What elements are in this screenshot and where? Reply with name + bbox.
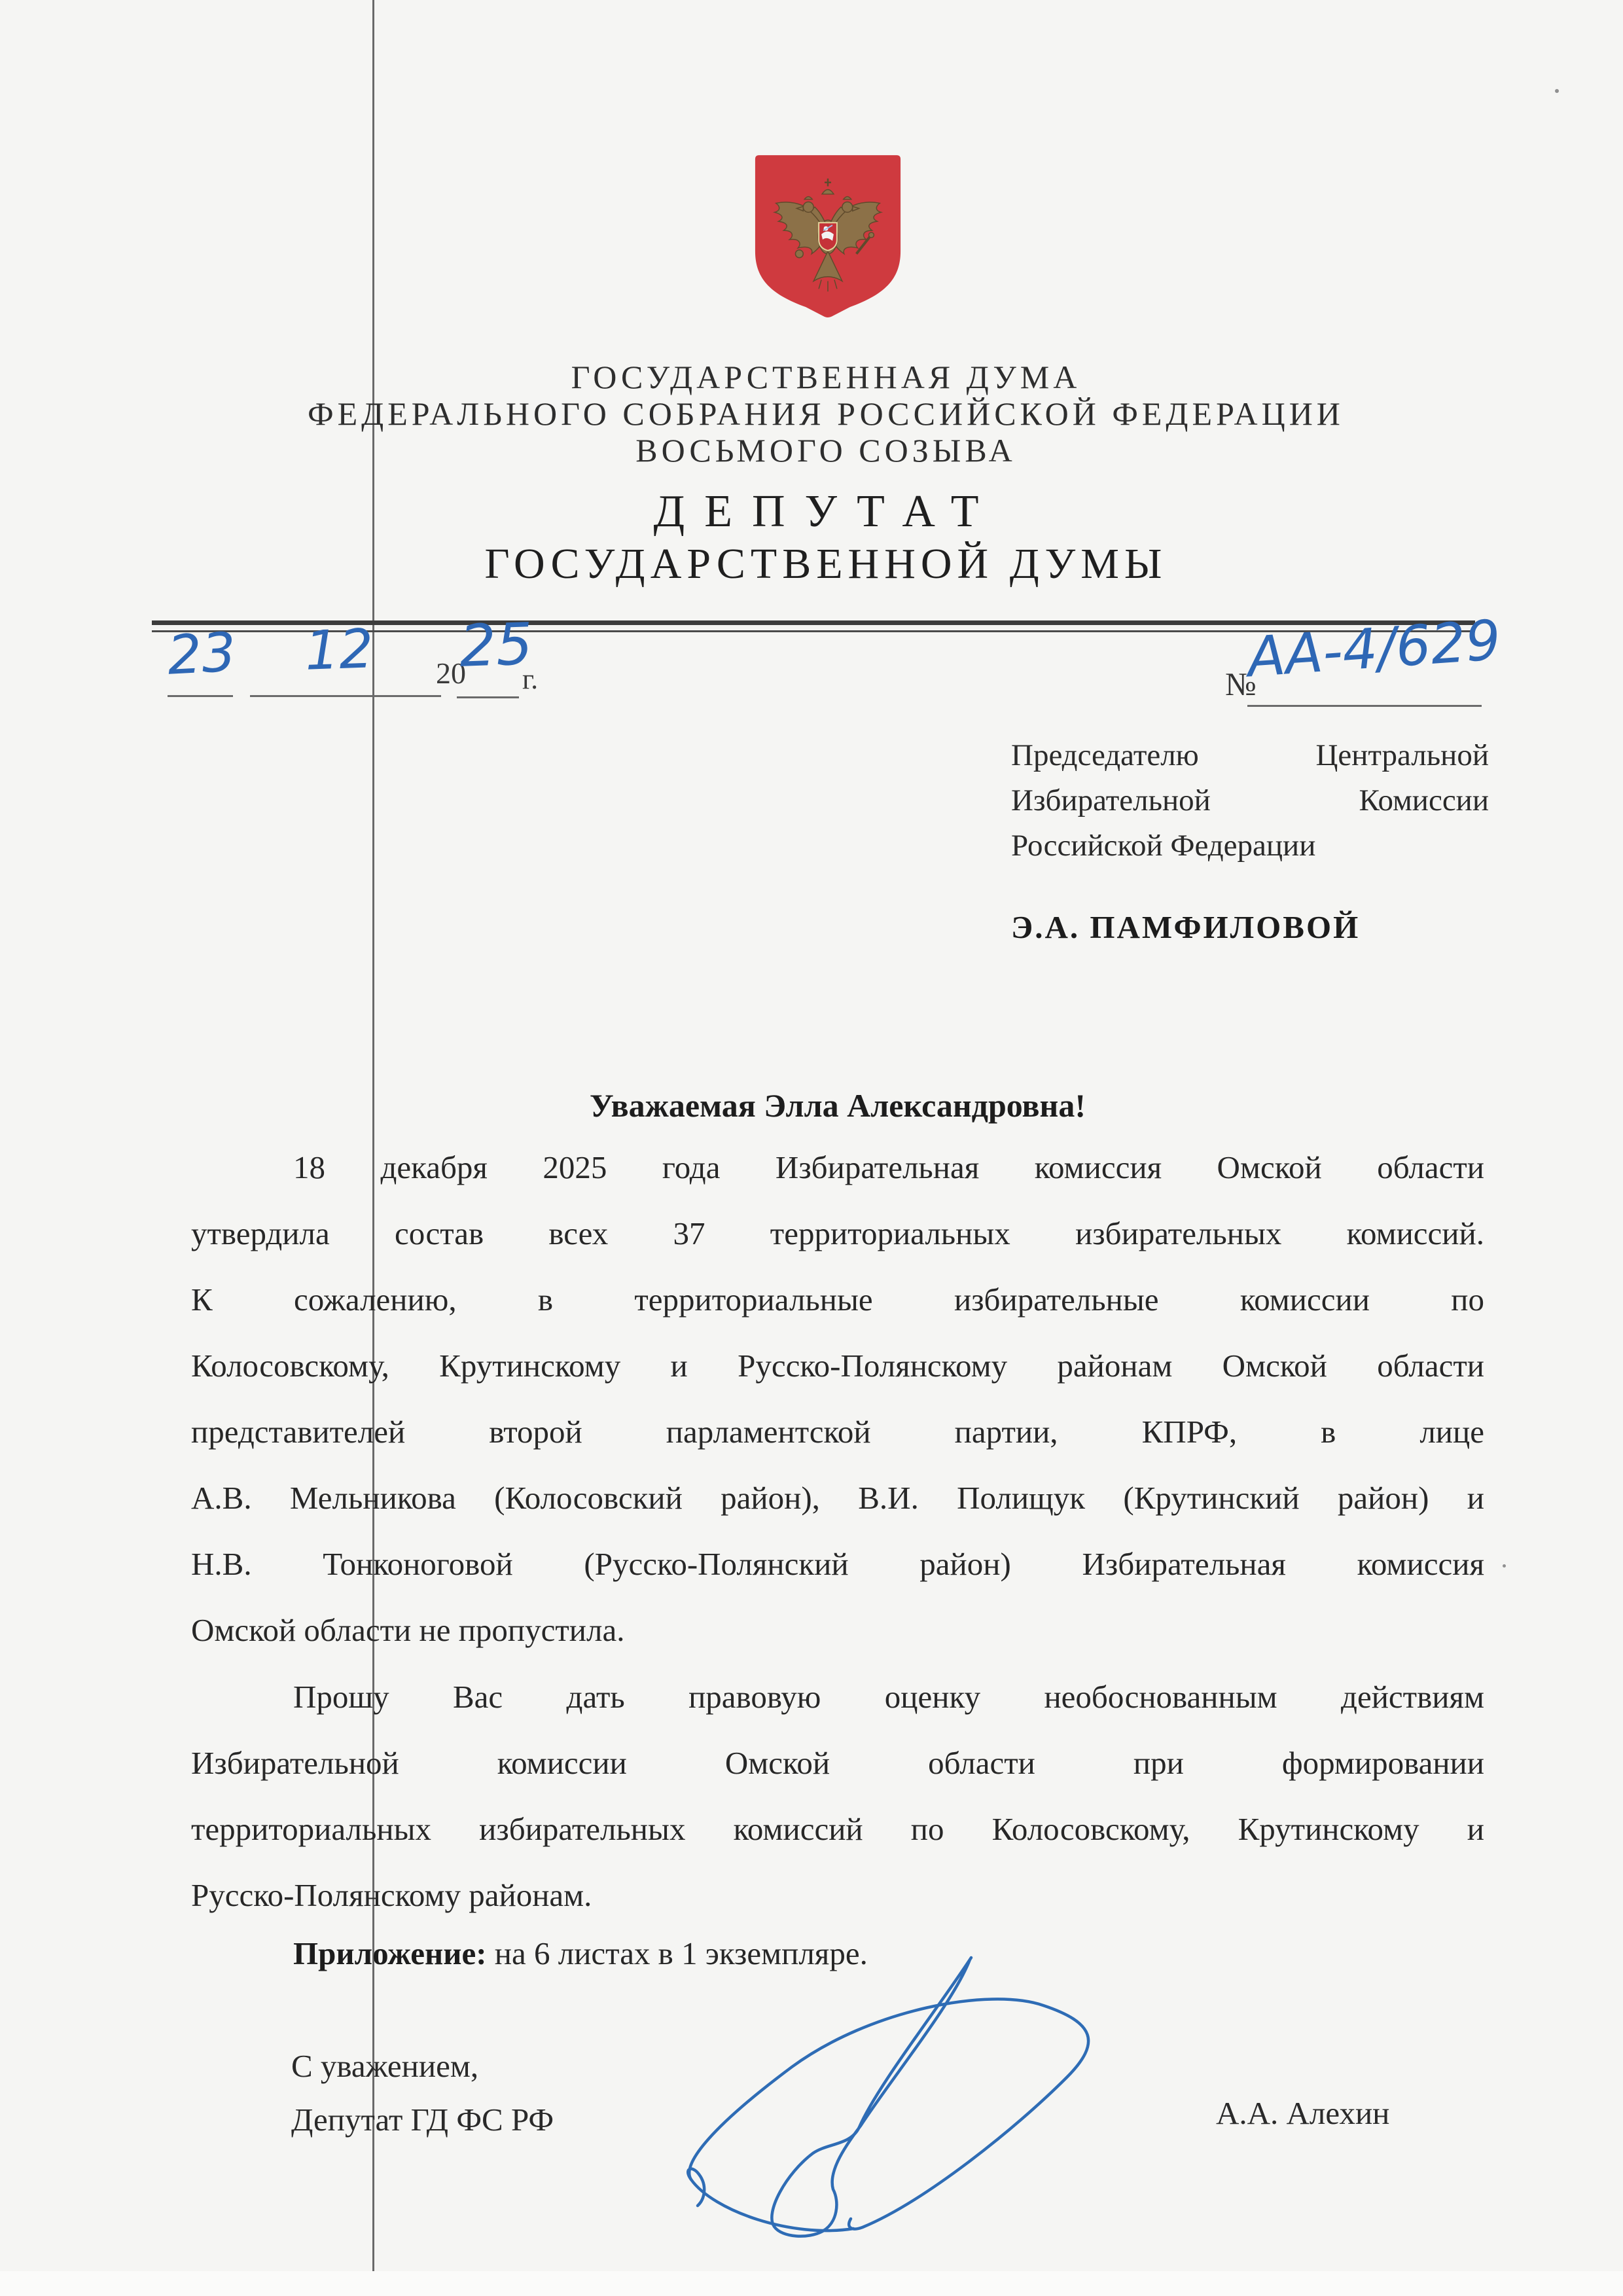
body-line: представителей второй парламентской парт… bbox=[191, 1399, 1484, 1465]
body-line: Прошу Вас дать правовую оценку необоснов… bbox=[191, 1664, 1484, 1730]
body-line: 18 декабря 2025 года Избирательная комис… bbox=[191, 1134, 1484, 1200]
org-line-1: ГОСУДАРСТВЕННАЯ ДУМА bbox=[191, 359, 1461, 395]
deputy-subtitle: ГОСУДАРСТВЕННОЙ ДУМЫ bbox=[191, 539, 1461, 589]
recipient-line: Избирательной Комиссии bbox=[1011, 778, 1489, 823]
handwritten-month: 12 bbox=[304, 618, 374, 683]
russia-coat-of-arms-icon bbox=[750, 152, 906, 325]
recipient-name: Э.А. ПАМФИЛОВОЙ bbox=[1011, 908, 1489, 946]
salutation: Уважаемая Элла Александровна! bbox=[191, 1086, 1484, 1124]
handwritten-signature bbox=[674, 1949, 1113, 2276]
signoff-block: С уважением, Депутат ГД ФС РФ bbox=[291, 2039, 554, 2147]
signer-name: А.А. Алехин bbox=[1216, 2094, 1389, 2132]
recipient-block: Председателю Центральной Избирательной К… bbox=[1011, 733, 1489, 869]
body-line: Н.В. Тонконоговой (Русско-Полянский райо… bbox=[191, 1531, 1484, 1597]
body-line: Русско-Полянскому районам. bbox=[191, 1862, 1484, 1928]
recipient-line: Председателю Центральной bbox=[1011, 733, 1489, 778]
month-underline bbox=[250, 695, 441, 697]
body-line: утвердила состав всех 37 территориальных… bbox=[191, 1200, 1484, 1266]
position-line: Депутат ГД ФС РФ bbox=[291, 2093, 554, 2147]
year-underline bbox=[457, 696, 519, 698]
year-suffix: г. bbox=[522, 662, 538, 696]
handwritten-day: 23 bbox=[166, 621, 238, 687]
paragraph-2: Прошу Вас дать правовую оценку необоснов… bbox=[191, 1664, 1484, 1928]
body-line: К сожалению, в территориальные избирател… bbox=[191, 1266, 1484, 1333]
body-line: Избирательной комиссии Омской области пр… bbox=[191, 1730, 1484, 1796]
day-underline bbox=[168, 695, 233, 697]
body-line: территориальных избирательных комиссий п… bbox=[191, 1796, 1484, 1862]
number-underline bbox=[1247, 705, 1482, 707]
attachment-label: Приложение: bbox=[293, 1935, 487, 1971]
scanned-letter-page: ГОСУДАРСТВЕННАЯ ДУМА ФЕДЕРАЛЬНОГО СОБРАН… bbox=[0, 0, 1623, 2296]
paragraph-1: 18 декабря 2025 года Избирательная комис… bbox=[191, 1134, 1484, 1663]
scan-speck bbox=[1555, 89, 1559, 93]
letterhead-org-lines: ГОСУДАРСТВЕННАЯ ДУМА ФЕДЕРАЛЬНОГО СОБРАН… bbox=[191, 359, 1461, 469]
deputy-title: ДЕПУТАТ bbox=[191, 486, 1461, 538]
body-line: Омской области не пропустила. bbox=[191, 1597, 1484, 1663]
body-line: А.В. Мельникова (Колосовский район), В.И… bbox=[191, 1465, 1484, 1531]
body-line: Колосовскому, Крутинскому и Русско-Полян… bbox=[191, 1333, 1484, 1399]
closing-line: С уважением, bbox=[291, 2039, 554, 2093]
org-line-2: ФЕДЕРАЛЬНОГО СОБРАНИЯ РОССИЙСКОЙ ФЕДЕРАЦ… bbox=[191, 395, 1461, 432]
scan-speck bbox=[1503, 1564, 1506, 1568]
recipient-line: Российской Федерации bbox=[1011, 823, 1489, 869]
org-line-3: ВОСЬМОГО СОЗЫВА bbox=[191, 432, 1461, 469]
